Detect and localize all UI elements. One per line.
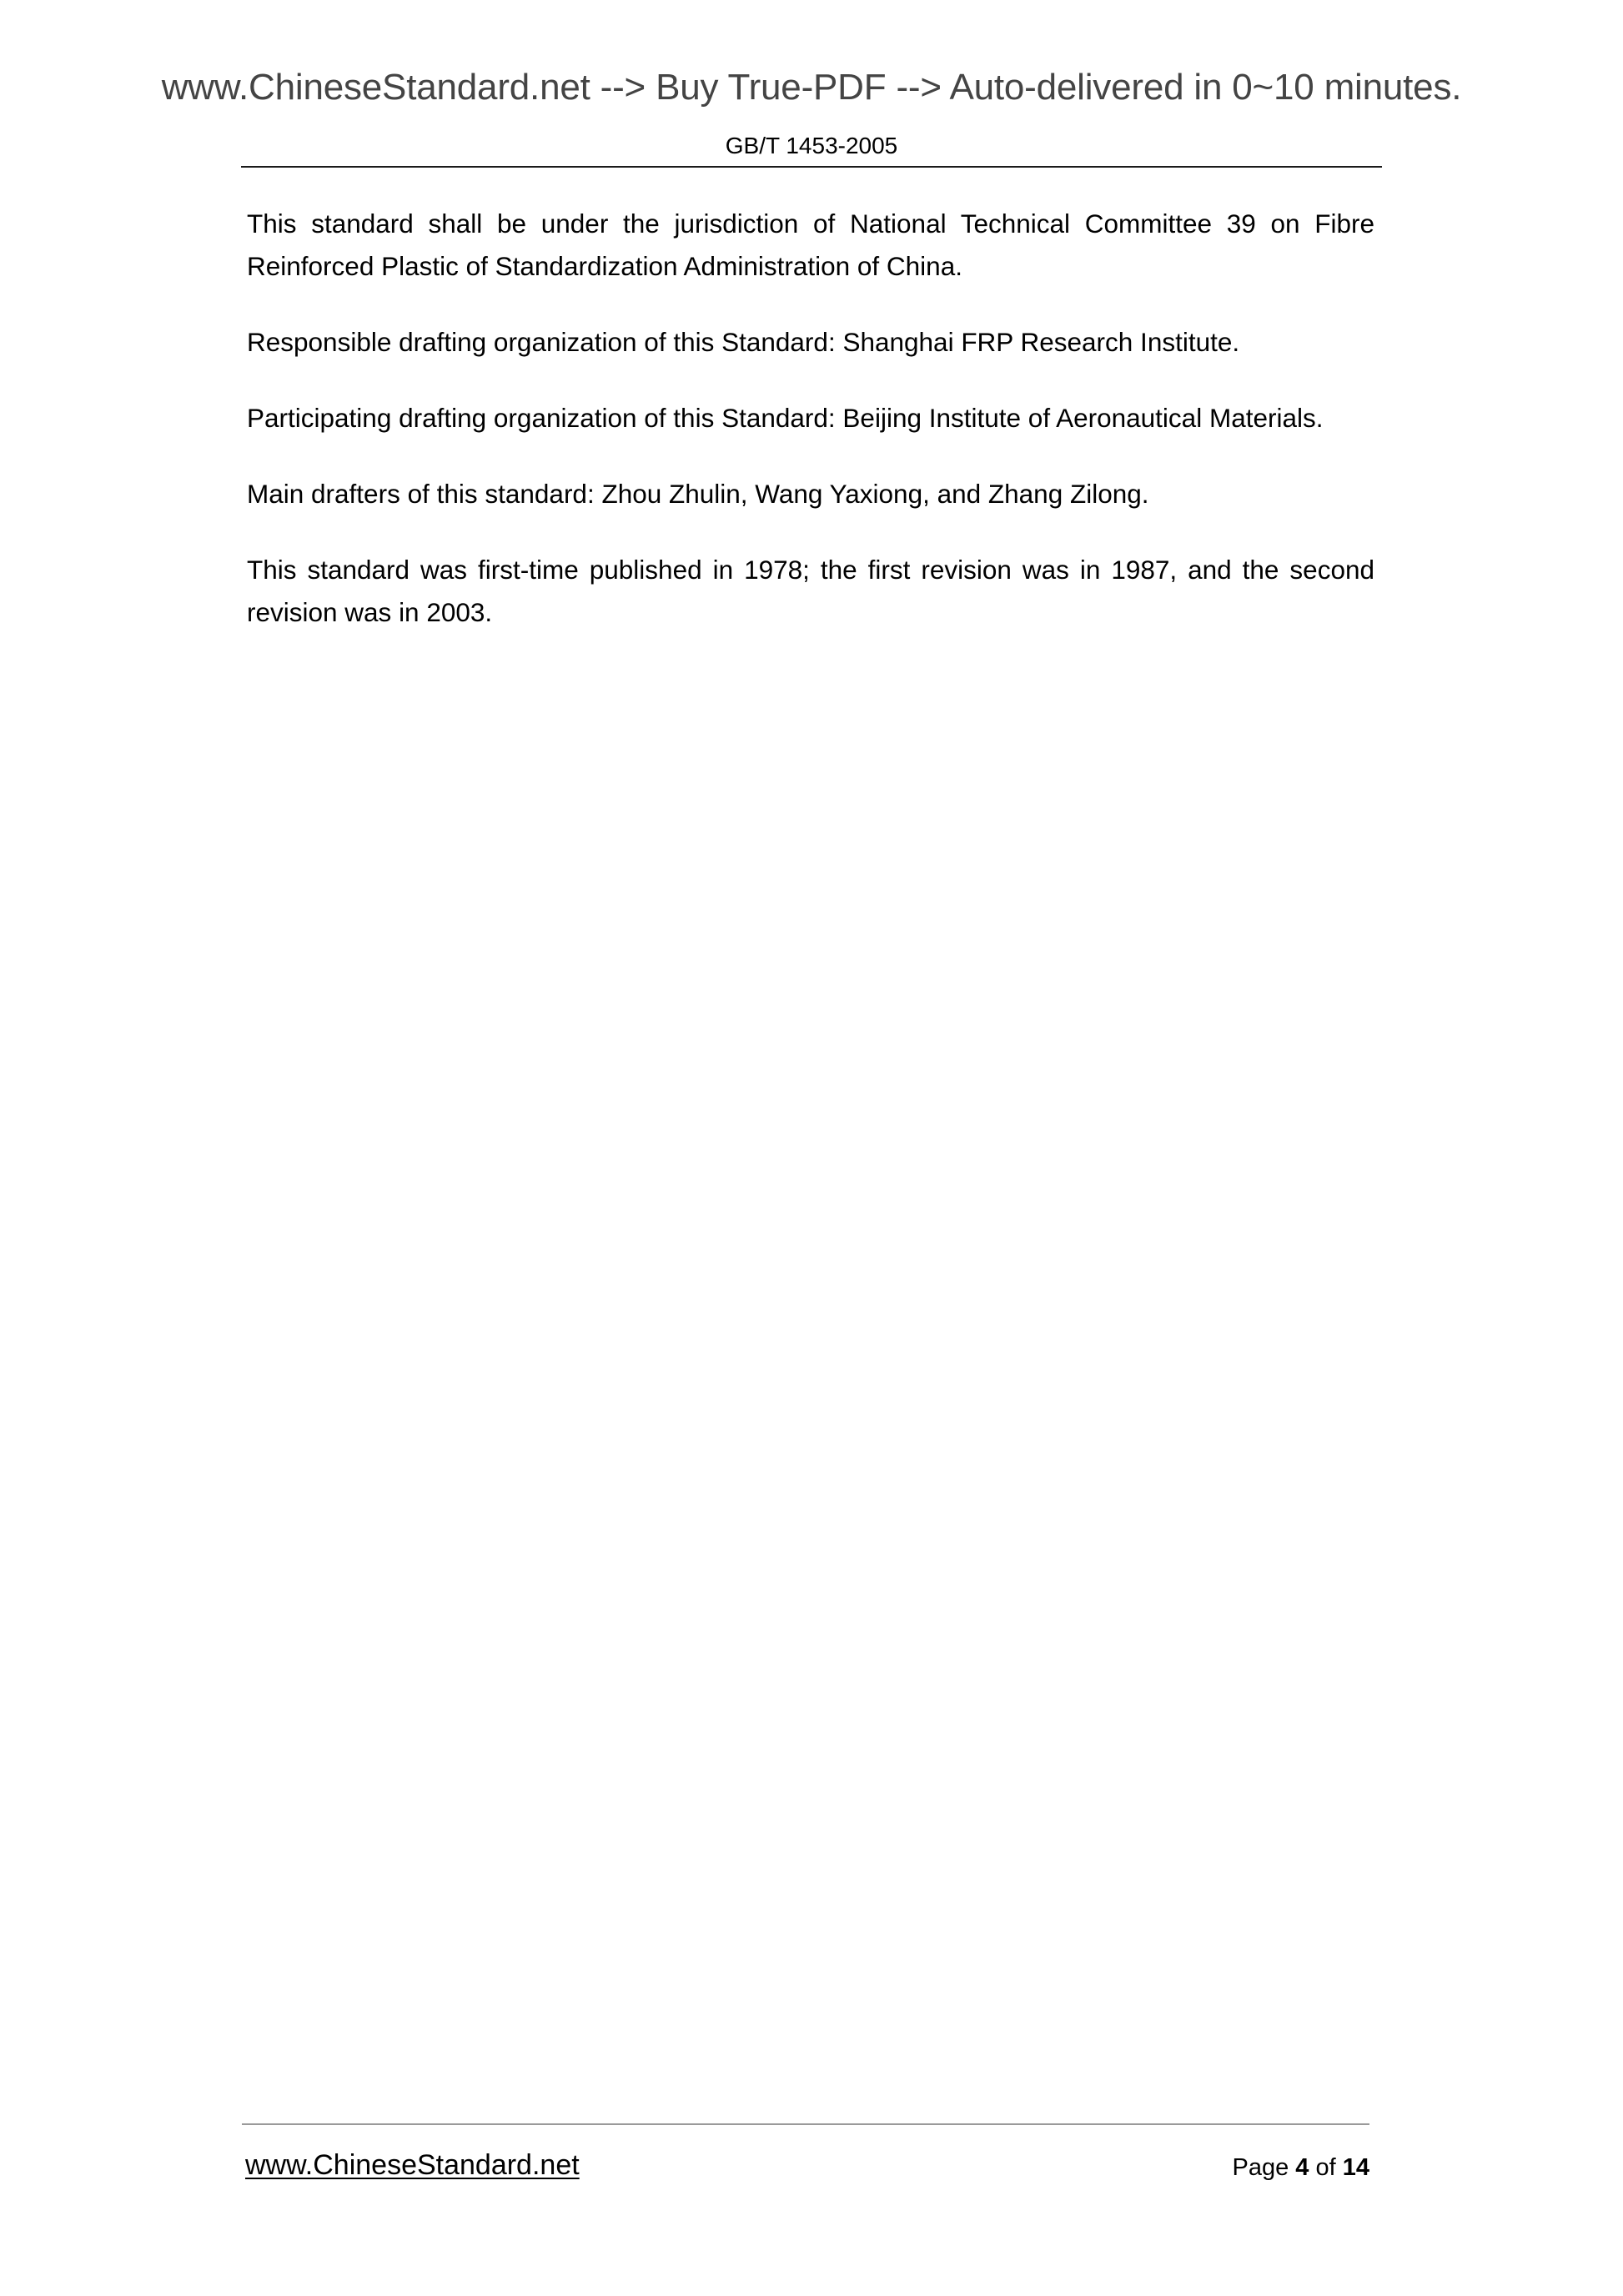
page-current: 4 bbox=[1295, 2154, 1309, 2181]
paragraph-responsible-organization: Responsible drafting organization of thi… bbox=[247, 321, 1374, 364]
site-banner: www.ChineseStandard.net --> Buy True-PDF… bbox=[0, 67, 1623, 108]
header-divider bbox=[241, 166, 1382, 168]
document-code: GB/T 1453-2005 bbox=[241, 132, 1382, 160]
page-of-label: of bbox=[1315, 2154, 1335, 2181]
paragraph-publication-history: This standard was first-time published i… bbox=[247, 549, 1374, 634]
document-body: This standard shall be under the jurisdi… bbox=[247, 203, 1374, 667]
paragraph-participating-organization: Participating drafting organization of t… bbox=[247, 397, 1374, 440]
page-label: Page bbox=[1232, 2154, 1289, 2181]
page-total: 14 bbox=[1343, 2154, 1369, 2181]
footer-website-link[interactable]: www.ChineseStandard.net bbox=[245, 2148, 580, 2182]
footer-divider bbox=[242, 2123, 1369, 2125]
paragraph-main-drafters: Main drafters of this standard: Zhou Zhu… bbox=[247, 473, 1374, 515]
paragraph-jurisdiction: This standard shall be under the jurisdi… bbox=[247, 203, 1374, 288]
page-indicator: Page 4 of 14 bbox=[1232, 2153, 1369, 2183]
